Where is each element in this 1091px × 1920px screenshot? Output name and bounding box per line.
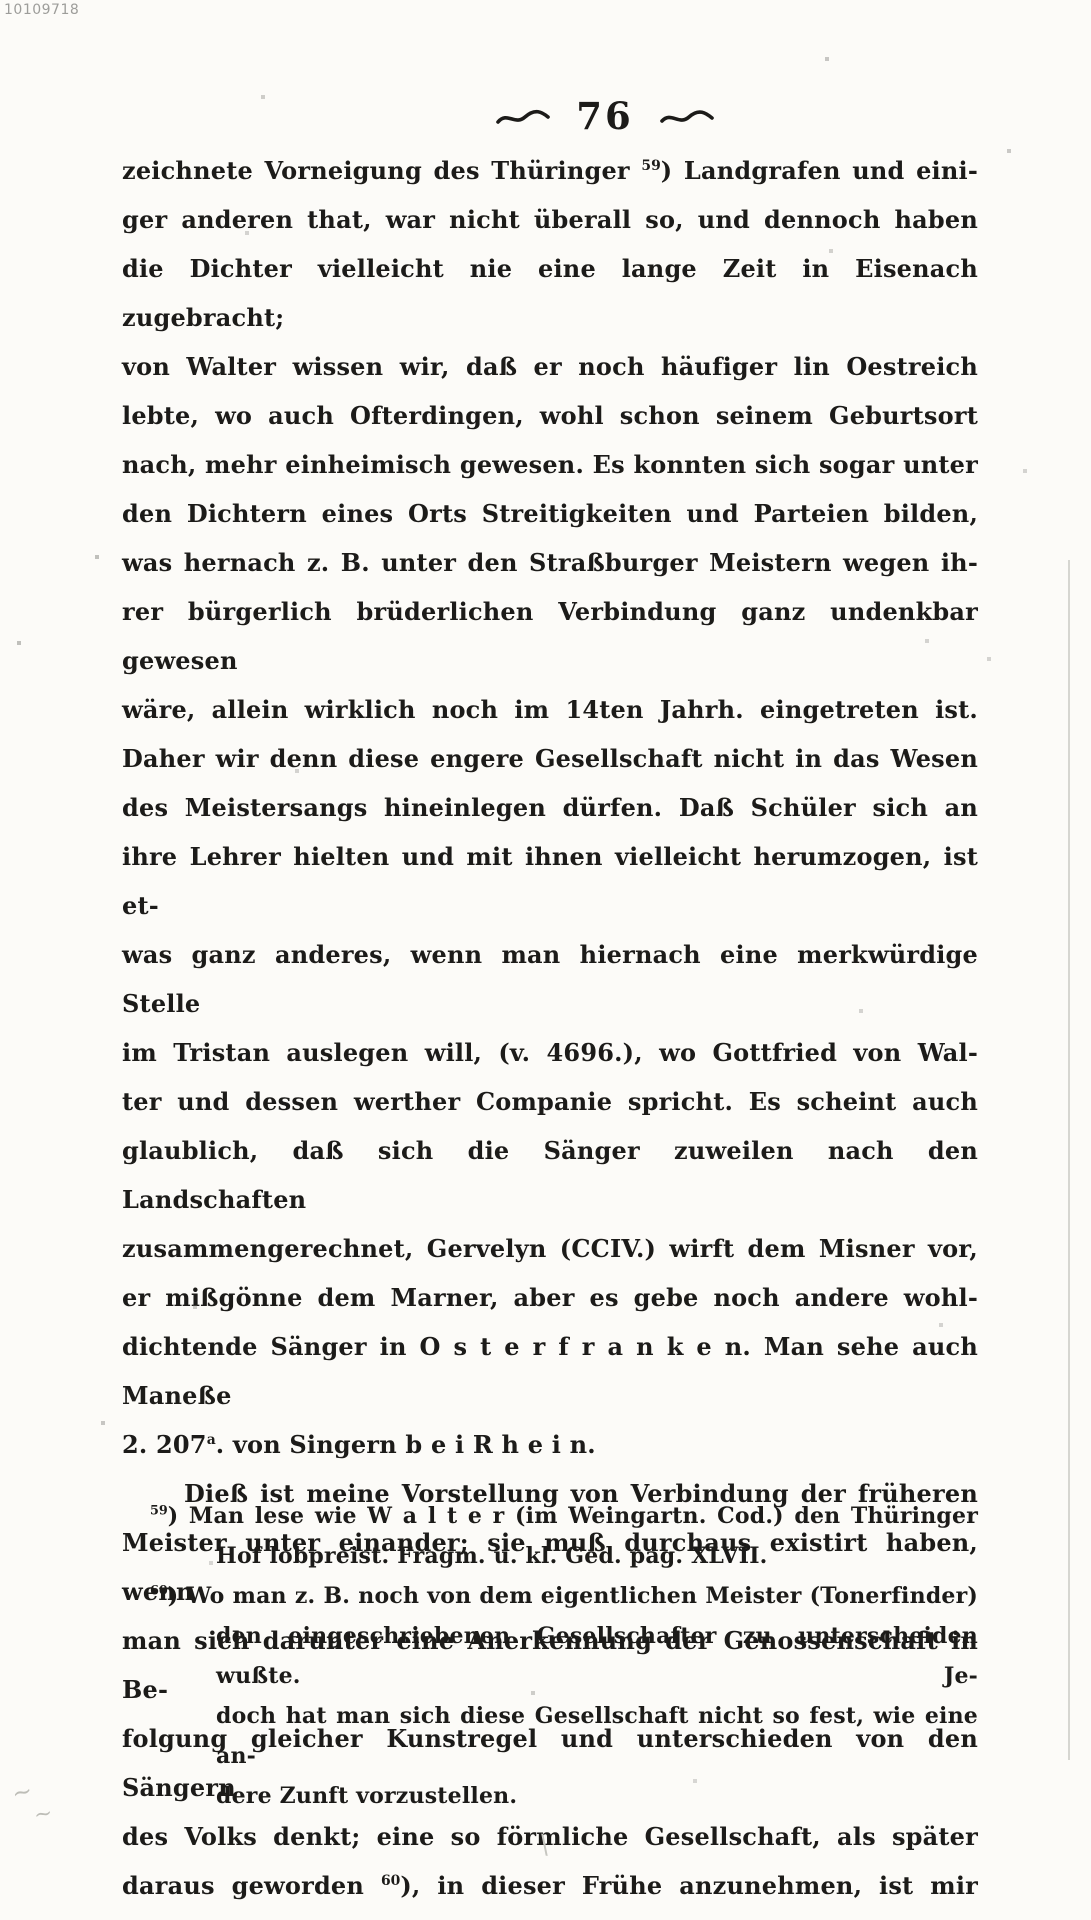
text-segment: die Dichter vielleicht nie eine lange Ze… [122, 254, 978, 332]
text-segment: lebte, wo auch Ofterdingen, wohl schon s… [122, 401, 978, 430]
text-line: von Walter wissen wir, daß er noch häufi… [122, 342, 978, 391]
scan-noise [0, 0, 2, 2]
text-line: daraus geworden 60), in dieser Frühe anz… [122, 1861, 978, 1910]
paragraph: zeichnete Vorneigung des Thüringer 59) L… [122, 146, 978, 1469]
text-segment: daraus geworden [122, 1871, 381, 1900]
text-segment: von Walter wissen wir, daß er noch häufi… [122, 352, 978, 381]
text-line: wäre, allein wirklich noch im 14ten Jahr… [122, 685, 978, 734]
text-line: des Volks denkt; eine so förmliche Gesel… [122, 1812, 978, 1861]
text-segment: den Dichtern eines Orts Streitigkeiten u… [122, 499, 978, 528]
text-line: dere Zunft vorzustellen. [216, 1776, 978, 1816]
text-segment: des Meistersangs hineinlegen dürfen. Daß… [122, 793, 978, 822]
text-segment: den eingeschriebenen Gesellschafter zu u… [216, 1623, 978, 1689]
text-segment: zusammengerechnet, Gervelyn (CCIV.) wirf… [122, 1234, 978, 1263]
swash-ornament-right-icon [660, 109, 714, 129]
text-segment: des Volks denkt; eine so förmliche Gesel… [122, 1822, 978, 1851]
text-segment: im Tristan auslegen will, (v. 4696.), wo… [122, 1038, 978, 1067]
footnote: 60) Wo man z. B. noch von dem eigentlich… [150, 1576, 978, 1816]
text-line: nach, mehr einheimisch gewesen. Es konnt… [122, 440, 978, 489]
text-segment: ger anderen that, war nicht überall so, … [122, 205, 978, 234]
text-segment: dere Zunft vorzustellen. [216, 1783, 517, 1809]
text-segment: glaublich, daß sich die Sänger zuweilen … [122, 1136, 978, 1214]
text-line: doch hat man sich diese Gesellschaft nic… [216, 1696, 978, 1776]
text-segment: ihre Lehrer hielten und mit ihnen vielle… [122, 842, 978, 920]
footnote-marker: 59 [150, 1504, 168, 1519]
footnote-marker: 60 [150, 1584, 168, 1599]
text-segment: ) Wo man z. B. noch von dem eigentlichen… [168, 1583, 978, 1609]
text-line: Hof lobpreist. Fragm. u. kl. Ged. pag. X… [216, 1536, 978, 1576]
text-segment: wäre, allein wirklich noch im 14ten Jahr… [122, 695, 978, 724]
text-line: er mißgönne dem Marner, aber es gebe noc… [122, 1273, 978, 1322]
book-page-scan: 10109718 76 zeichnete Vorneigung des Thü… [0, 0, 1091, 1920]
text-line: ger anderen that, war nicht überall so, … [122, 195, 978, 244]
footnote-marker: 60 [381, 1873, 400, 1889]
text-segment: was ganz anderes, wenn man hiernach eine… [122, 940, 978, 1018]
text-segment: rer bürgerlich brüderlichen Verbindung g… [122, 597, 978, 675]
text-segment: 2. 207 [122, 1430, 207, 1459]
footnotes: 59) Man lese wie W a l t e r (im Weingar… [150, 1496, 978, 1816]
text-segment: Daher wir denn diese engere Gesellschaft… [122, 744, 978, 773]
page-header: 76 [430, 100, 780, 137]
page-number: 76 [576, 98, 634, 135]
text-segment: . von Singern b e i R h e i n. [216, 1430, 596, 1459]
text-line: 60) Wo man z. B. noch von dem eigentlich… [216, 1576, 978, 1616]
text-segment: was hernach z. B. unter den Straßburger … [122, 548, 978, 577]
text-line: glaublich, daß sich die Sänger zuweilen … [122, 1126, 978, 1224]
text-line: im Tristan auslegen will, (v. 4696.), wo… [122, 1028, 978, 1077]
text-line: 2. 207a. von Singern b e i R h e i n. [122, 1420, 978, 1469]
text-segment: ), in dieser Frühe anzunehmen, ist mir [400, 1871, 978, 1900]
text-segment: ) Man lese wie W a l t e r (im Weingartn… [168, 1503, 978, 1529]
text-line: was ganz anderes, wenn man hiernach eine… [122, 930, 978, 1028]
text-line: den eingeschriebenen Gesellschafter zu u… [216, 1616, 978, 1696]
text-segment: dichtende Sänger in O s t e r f r a n k … [122, 1332, 978, 1410]
scan-corner-id: 10109718 [4, 2, 79, 18]
text-line: was hernach z. B. unter den Straßburger … [122, 538, 978, 587]
text-segment: doch hat man sich diese Gesellschaft nic… [216, 1703, 978, 1769]
text-line: zeichnete Vorneigung des Thüringer 59) L… [122, 146, 978, 195]
footnote-marker: a [207, 1432, 216, 1448]
text-segment: ) Landgrafen und eini- [661, 156, 978, 185]
text-line: 59) Man lese wie W a l t e r (im Weingar… [216, 1496, 978, 1536]
text-line: ihre Lehrer hielten und mit ihnen vielle… [122, 832, 978, 930]
text-line: lebte, wo auch Ofterdingen, wohl schon s… [122, 391, 978, 440]
scan-artifact-mark: ~ [9, 1776, 35, 1808]
page-edge-shadow [1068, 560, 1070, 1760]
footnote-marker: 59 [641, 158, 660, 174]
text-line: ter und dessen werther Companie spricht.… [122, 1077, 978, 1126]
text-segment: er mißgönne dem Marner, aber es gebe noc… [122, 1283, 978, 1312]
text-segment: zeichnete Vorneigung des Thüringer [122, 156, 641, 185]
text-line: des Meistersangs hineinlegen dürfen. Daß… [122, 783, 978, 832]
text-segment: nach, mehr einheimisch gewesen. Es konnt… [122, 450, 978, 479]
text-line: den Dichtern eines Orts Streitigkeiten u… [122, 489, 978, 538]
footnote: 59) Man lese wie W a l t e r (im Weingar… [150, 1496, 978, 1576]
text-segment: ter und dessen werther Companie spricht.… [122, 1087, 978, 1116]
text-line: rer bürgerlich brüderlichen Verbindung g… [122, 587, 978, 685]
swash-ornament-left-icon [496, 109, 550, 129]
text-line: zusammengerechnet, Gervelyn (CCIV.) wirf… [122, 1224, 978, 1273]
text-line: die Dichter vielleicht nie eine lange Ze… [122, 244, 978, 342]
text-line: dichtende Sänger in O s t e r f r a n k … [122, 1322, 978, 1420]
text-segment: Hof lobpreist. Fragm. u. kl. Ged. pag. X… [216, 1543, 768, 1569]
scan-artifact-mark: ~ [32, 1801, 54, 1829]
text-line: Daher wir denn diese engere Gesellschaft… [122, 734, 978, 783]
